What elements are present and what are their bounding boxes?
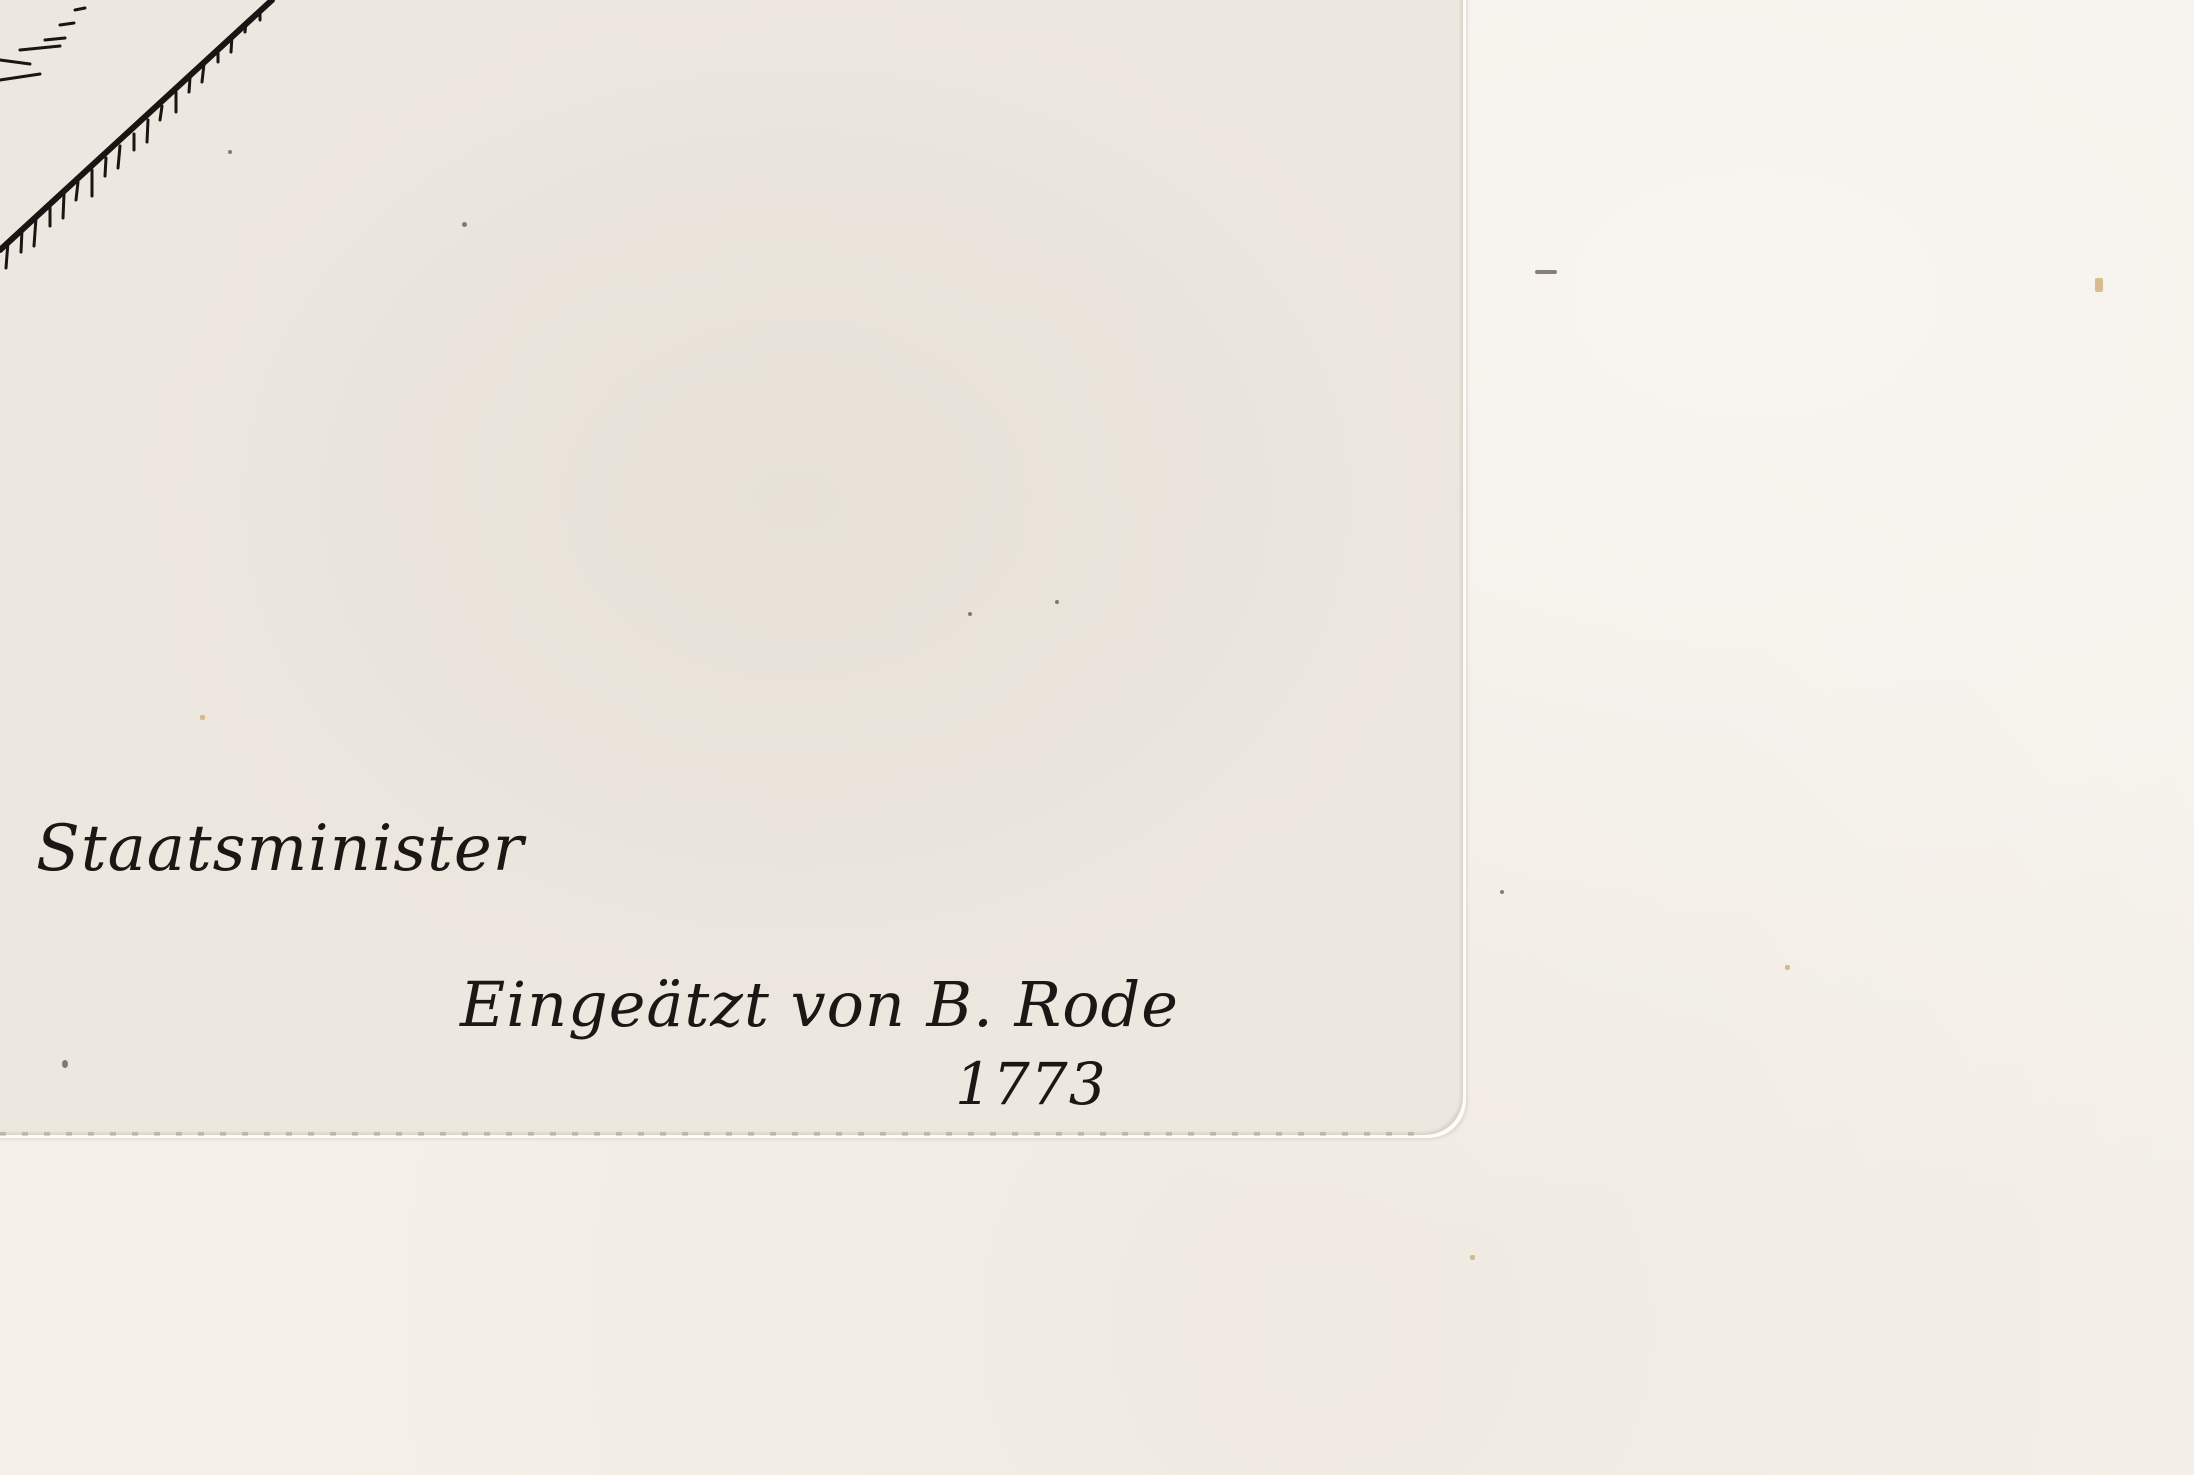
ink-speck <box>1500 890 1504 894</box>
hatched-contour-line <box>0 0 320 280</box>
artist-credit-inscription: Eingeätzt von B. Rode <box>460 968 1179 1041</box>
year-inscription: 1773 <box>955 1050 1107 1118</box>
ink-speck <box>228 150 232 154</box>
plate-edge-ink-residue <box>0 1132 1430 1136</box>
title-inscription: Staatsminister <box>36 812 524 886</box>
ink-speck <box>462 222 467 227</box>
ink-speck <box>1055 600 1059 604</box>
paper-sheet: Staatsminister Eingeätzt von B. Rode 177… <box>0 0 2194 1475</box>
paper-fiber <box>1470 1255 1475 1260</box>
ink-speck <box>1535 270 1557 274</box>
ink-speck <box>62 1060 68 1068</box>
ink-speck <box>968 612 972 616</box>
paper-fiber <box>1785 965 1790 970</box>
paper-fiber <box>200 715 205 720</box>
paper-fiber <box>2095 278 2103 292</box>
